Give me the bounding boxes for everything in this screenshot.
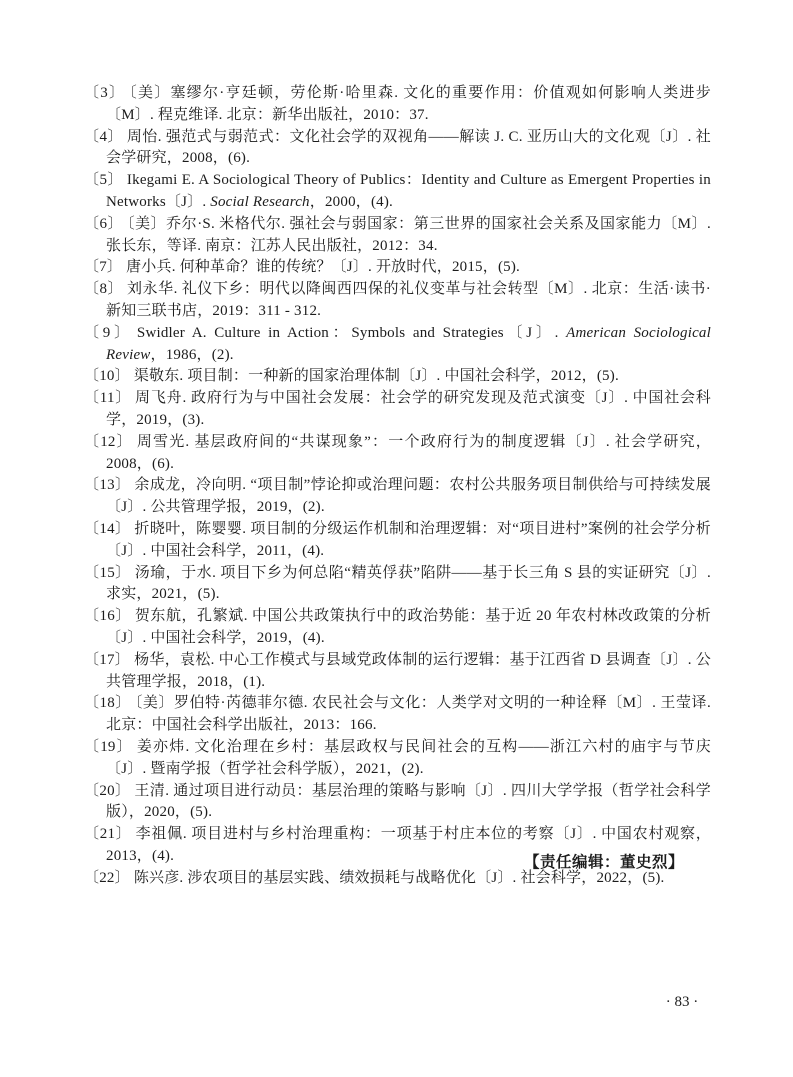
reference-item: 〔6〕〔美〕乔尔·S. 米格代尔. 强社会与弱国家：第三世界的国家社会关系及国家… [84, 214, 711, 258]
reference-label: 〔6〕 [84, 216, 123, 232]
document-page: 〔3〕〔美〕塞缪尔·亨廷顿，劳伦斯·哈里森. 文化的重要作用：价值观如何影响人类… [0, 0, 793, 1077]
reference-label: 〔15〕 [84, 565, 131, 581]
reference-text: 〔美〕乔尔·S. 米格代尔. 强社会与弱国家：第三世界的国家社会关系及国家能力〔… [106, 216, 711, 254]
reference-text: 周怡. 强范式与弱范式：文化社会学的双视角——解读 J. C. 亚历山大的文化观… [106, 129, 711, 167]
reference-label: 〔4〕 [84, 129, 123, 145]
reference-item: 〔9〕Swidler A. Culture in Action：Symbols … [84, 323, 711, 367]
reference-item: 〔11〕周飞舟. 政府行为与中国社会发展：社会学的研究发现及范式演变〔J〕. 中… [84, 388, 711, 432]
reference-text: 刘永华. 礼仪下乡：明代以降闽西四保的礼仪变革与社会转型〔M〕. 北京：生活·读… [106, 281, 711, 319]
reference-text: 汤瑜，于水. 项目下乡为何总陷“精英俘获”陷阱——基于长三角 S 县的实证研究〔… [106, 565, 711, 603]
journal-title-italic: Social Research [210, 194, 310, 210]
reference-text: ，1986，(2). [151, 347, 234, 363]
reference-item: 〔5〕Ikegami E. A Sociological Theory of P… [84, 170, 711, 214]
page-number: · 83 · [642, 992, 722, 1012]
reference-label: 〔13〕 [84, 477, 130, 493]
reference-item: 〔3〕〔美〕塞缪尔·亨廷顿，劳伦斯·哈里森. 文化的重要作用：价值观如何影响人类… [84, 83, 711, 127]
reference-item: 〔13〕余成龙，冷向明. “项目制”悖论抑或治理问题：农村公共服务项目制供给与可… [84, 475, 711, 519]
reference-item: 〔7〕唐小兵. 何种革命？谁的传统？〔J〕. 开放时代，2015，(5). [84, 257, 711, 279]
reference-item: 〔4〕周怡. 强范式与弱范式：文化社会学的双视角——解读 J. C. 亚历山大的… [84, 127, 711, 171]
reference-text: Ikegami E. A Sociological Theory of Publ… [106, 172, 711, 210]
reference-label: 〔14〕 [84, 521, 130, 537]
reference-label: 〔9〕 [84, 325, 133, 341]
reference-label: 〔10〕 [84, 368, 130, 384]
reference-text: 〔美〕罗伯特·芮德菲尔德. 农民社会与文化：人类学对文明的一种诠释〔M〕. 王莹… [106, 695, 711, 733]
reference-item: 〔16〕贺东航，孔繁斌. 中国公共政策执行中的政治势能：基于近 20 年农村林改… [84, 606, 711, 650]
reference-text: 贺东航，孔繁斌. 中国公共政策执行中的政治势能：基于近 20 年农村林改政策的分… [106, 608, 711, 646]
reference-label: 〔19〕 [84, 739, 133, 755]
reference-label: 〔3〕 [84, 85, 125, 101]
reference-label: 〔21〕 [84, 826, 132, 842]
reference-text: 折晓叶，陈婴婴. 项目制的分级运作机制和治理逻辑：对“项目进村”案例的社会学分析… [106, 521, 711, 559]
reference-text: 姜亦炜. 文化治理在乡村：基层政权与民间社会的互构——浙江六村的庙宇与节庆〔J〕… [106, 739, 711, 777]
reference-label: 〔11〕 [84, 390, 131, 406]
reference-text: 周飞舟. 政府行为与中国社会发展：社会学的研究发现及范式演变〔J〕. 中国社会科… [106, 390, 711, 428]
reference-item: 〔10〕渠敬东. 项目制：一种新的国家治理体制〔J〕. 中国社会科学，2012，… [84, 366, 711, 388]
reference-text: 渠敬东. 项目制：一种新的国家治理体制〔J〕. 中国社会科学，2012，(5). [134, 368, 619, 384]
reference-item: 〔12〕周雪光. 基层政府间的“共谋现象”：一个政府行为的制度逻辑〔J〕. 社会… [84, 432, 711, 476]
reference-item: 〔20〕王清. 通过项目进行动员：基层治理的策略与影响〔J〕. 四川大学学报（哲… [84, 781, 711, 825]
reference-label: 〔18〕 [84, 695, 131, 711]
editor-credit: 【责任编辑：董史烈】 [524, 854, 684, 871]
reference-item: 〔19〕姜亦炜. 文化治理在乡村：基层政权与民间社会的互构——浙江六村的庙宇与节… [84, 737, 711, 781]
reference-item: 〔8〕刘永华. 礼仪下乡：明代以降闽西四保的礼仪变革与社会转型〔M〕. 北京：生… [84, 279, 711, 323]
reference-list: 〔3〕〔美〕塞缪尔·亨廷顿，劳伦斯·哈里森. 文化的重要作用：价值观如何影响人类… [84, 83, 711, 889]
reference-text: 〔美〕塞缪尔·亨廷顿，劳伦斯·哈里森. 文化的重要作用：价值观如何影响人类进步〔… [106, 85, 711, 123]
reference-text: 周雪光. 基层政府间的“共谋现象”：一个政府行为的制度逻辑〔J〕. 社会学研究，… [106, 434, 711, 472]
reference-label: 〔5〕 [84, 172, 123, 188]
reference-label: 〔17〕 [84, 652, 130, 668]
reference-item: 〔18〕〔美〕罗伯特·芮德菲尔德. 农民社会与文化：人类学对文明的一种诠释〔M〕… [84, 693, 711, 737]
reference-text: 杨华，袁松. 中心工作模式与县域党政体制的运行逻辑：基于江西省 D 县调查〔J〕… [106, 652, 711, 690]
reference-text: 唐小兵. 何种革命？谁的传统？〔J〕. 开放时代，2015，(5). [126, 259, 520, 275]
reference-text: ，2000，(4). [310, 194, 393, 210]
reference-text: 余成龙，冷向明. “项目制”悖论抑或治理问题：农村公共服务项目制供给与可持续发展… [106, 477, 711, 515]
reference-text: 王清. 通过项目进行动员：基层治理的策略与影响〔J〕. 四川大学学报（哲学社会科… [106, 783, 711, 821]
reference-label: 〔8〕 [84, 281, 123, 297]
reference-text: Swidler A. Culture in Action：Symbols and… [137, 325, 566, 341]
editor-credit-line: 【责任编辑：董史烈】 [84, 852, 684, 874]
reference-item: 〔17〕杨华，袁松. 中心工作模式与县域党政体制的运行逻辑：基于江西省 D 县调… [84, 650, 711, 694]
reference-item: 〔15〕汤瑜，于水. 项目下乡为何总陷“精英俘获”陷阱——基于长三角 S 县的实… [84, 563, 711, 607]
reference-label: 〔7〕 [84, 259, 122, 275]
reference-label: 〔12〕 [84, 434, 133, 450]
reference-label: 〔16〕 [84, 608, 131, 624]
reference-label: 〔20〕 [84, 783, 130, 799]
reference-item: 〔14〕折晓叶，陈婴婴. 项目制的分级运作机制和治理逻辑：对“项目进村”案例的社… [84, 519, 711, 563]
